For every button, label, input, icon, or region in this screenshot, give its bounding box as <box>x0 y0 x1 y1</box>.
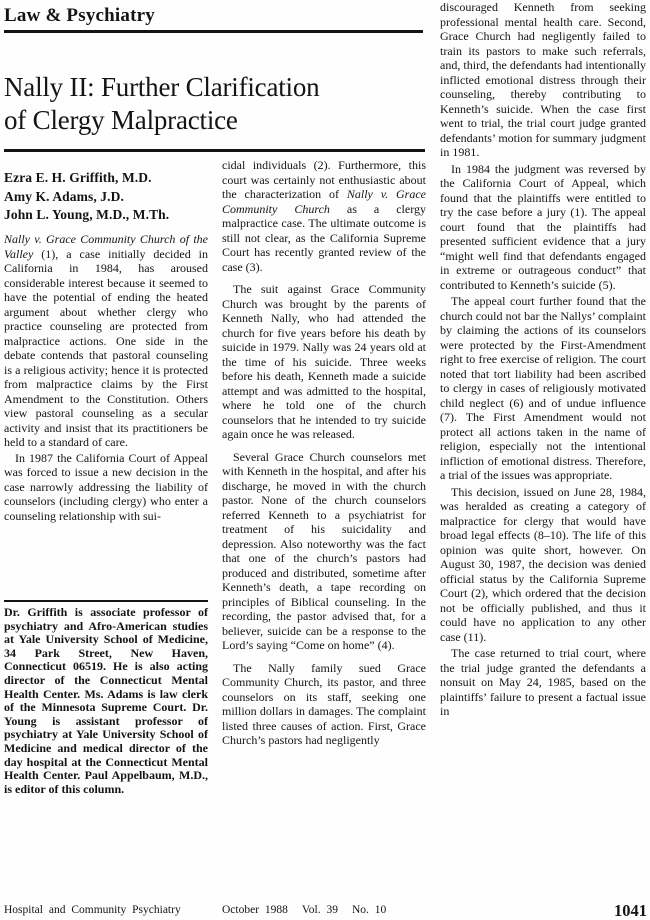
page-number: 1041 <box>614 901 647 920</box>
paragraph: Several Grace Church counselors met with… <box>222 450 426 653</box>
author-affiliation-note: Dr. Griffith is associate professor of p… <box>4 606 208 796</box>
text-run: In 1987 the California Court of Appeal w… <box>4 451 208 523</box>
text-run: Several Grace Church counselors met with… <box>222 450 426 653</box>
article-title: Nally II: Further Clarificationof Clergy… <box>4 71 434 137</box>
author-line: Ezra E. H. Griffith, M.D. <box>4 169 169 188</box>
text-run: discouraged Kenneth from seeking profess… <box>440 0 646 159</box>
text-run: The Nally family sued Grace Community Ch… <box>222 661 426 748</box>
body-column-2: cidal individuals (2). Furthermore, this… <box>222 158 426 858</box>
text-run: This decision, issued on June 28, 1984, … <box>440 485 646 644</box>
journal-name: Hospital and Community Psychiatry <box>4 904 181 916</box>
paragraph: The appeal court further found that the … <box>440 294 646 483</box>
paragraph: cidal individuals (2). Furthermore, this… <box>222 158 426 274</box>
title-line-1: Nally II: Further Clarification <box>4 72 319 102</box>
text-run: The case returned to trial court, where … <box>440 646 646 718</box>
text-run: The appeal court further found that the … <box>440 294 646 482</box>
paragraph: In 1987 the California Court of Appeal w… <box>4 451 208 524</box>
issue-number: No. 10 <box>352 904 386 916</box>
author-line: Amy K. Adams, J.D. <box>4 188 169 207</box>
paragraph: This decision, issued on June 28, 1984, … <box>440 485 646 645</box>
column-kicker: Law & Psychiatry <box>4 5 155 27</box>
issue-month: October 1988 <box>222 904 288 916</box>
paragraph: Nally v. Grace Community Church of the V… <box>4 232 208 450</box>
author-line: John L. Young, M.D., M.Th. <box>4 206 169 225</box>
issue-info: October 1988Vol. 39No. 10 <box>222 904 400 916</box>
text-run: The suit against Grace Community Church … <box>222 282 426 441</box>
text-run: In 1984 the judgment was reversed by the… <box>440 162 646 292</box>
paragraph: discouraged Kenneth from seeking profess… <box>440 0 646 160</box>
paragraph: The suit against Grace Community Church … <box>222 282 426 442</box>
paragraph: In 1984 the judgment was reversed by the… <box>440 162 646 293</box>
body-column-3: discouraged Kenneth from seeking profess… <box>440 0 646 862</box>
author-byline: Ezra E. H. Griffith, M.D.Amy K. Adams, J… <box>4 169 169 225</box>
issue-volume: Vol. 39 <box>302 904 338 916</box>
title-rule <box>4 149 425 152</box>
text-run: (1), a case initially decided in Califor… <box>4 247 208 450</box>
paragraph: The case returned to trial court, where … <box>440 646 646 719</box>
paragraph: The Nally family sued Grace Community Ch… <box>222 661 426 748</box>
title-line-2: of Clergy Malpractice <box>4 105 238 135</box>
body-column-1: Nally v. Grace Community Church of the V… <box>4 232 208 592</box>
footnote-rule <box>4 600 208 602</box>
journal-page: Law & Psychiatry Nally II: Further Clari… <box>0 0 650 920</box>
kicker-rule <box>4 30 423 33</box>
